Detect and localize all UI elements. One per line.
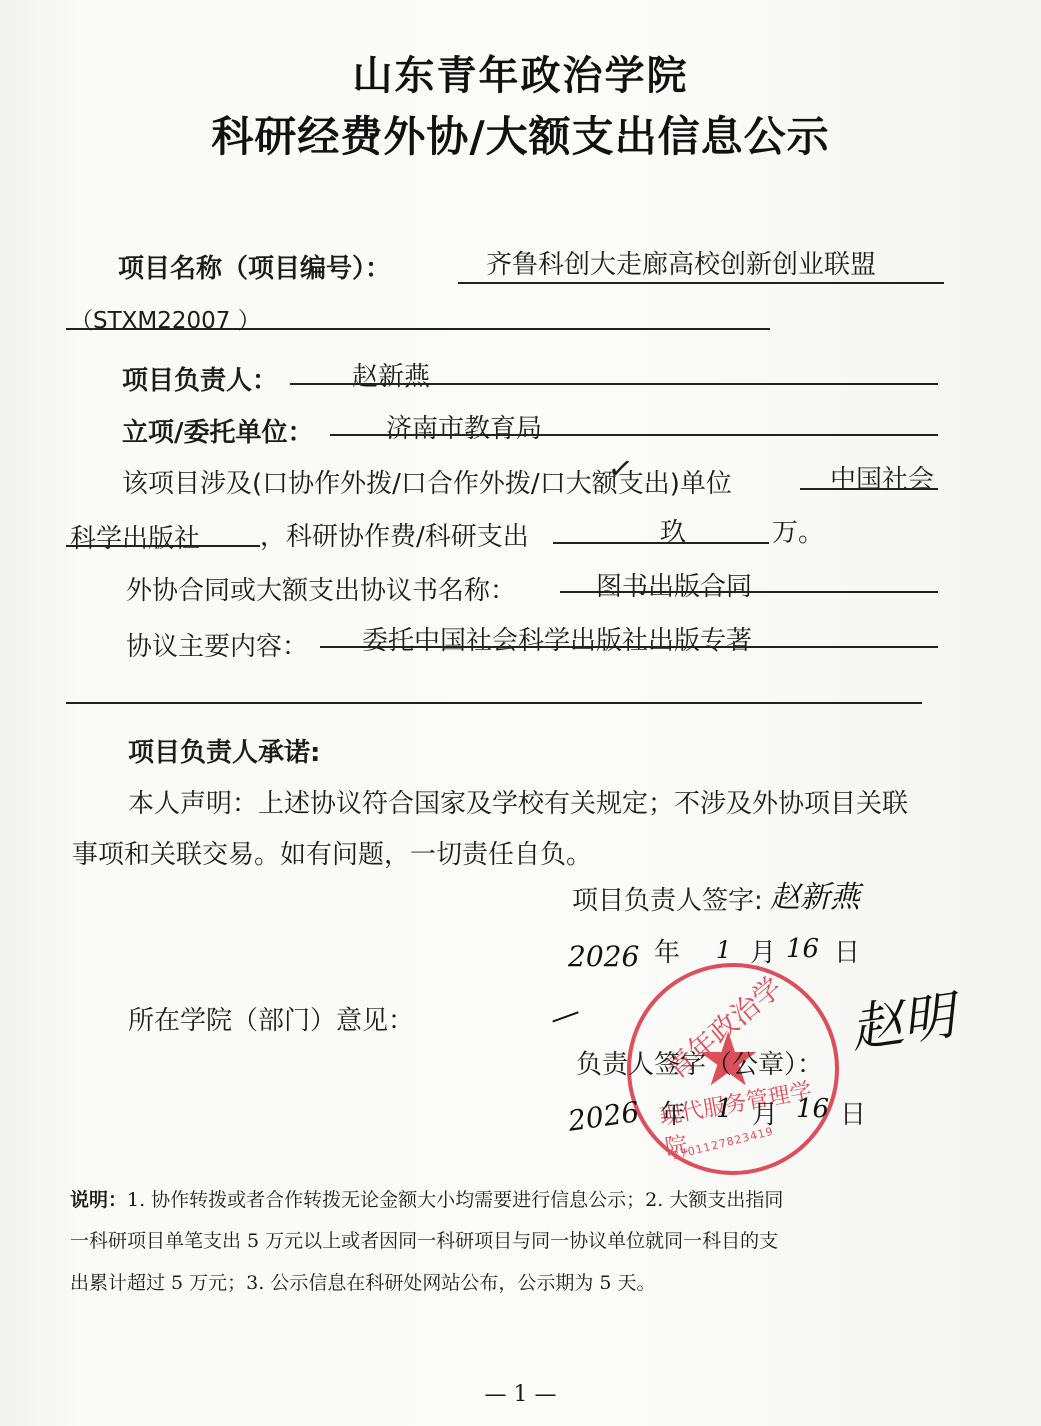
leader-date-day: 16 bbox=[786, 934, 819, 964]
project-leader-underline bbox=[290, 383, 938, 385]
department-signature-label: 负责人签字（公章）： bbox=[576, 1044, 823, 1081]
option-partnership-transfer[interactable]: 口合作外拨/ bbox=[401, 469, 540, 499]
institution-title: 山东青年政治学院 bbox=[0, 44, 1041, 101]
leader-signature-label: 项目负责人签字: bbox=[572, 880, 763, 917]
commissioning-unit-label: 立项/委托单位： bbox=[122, 412, 314, 449]
commitment-text-line1: 本人声明：上述协议符合国家及学校有关规定；不涉及外协项目关联 bbox=[128, 783, 908, 820]
involvement-text: 该项目涉及(口协作外拨/口合作外拨/口大额支出)单位 bbox=[122, 463, 732, 500]
commissioning-unit-underline bbox=[330, 434, 938, 436]
leader-date-year-label: 年 bbox=[654, 932, 680, 969]
unit-underline-2 bbox=[66, 545, 260, 547]
department-date-year: 2026 bbox=[566, 1095, 641, 1138]
department-date-month: 1 bbox=[716, 1094, 733, 1124]
option-cooperation-transfer[interactable]: 口协作外拨/ bbox=[262, 469, 401, 499]
fee-underline bbox=[553, 542, 769, 544]
contract-name-value: 图书出版合同 bbox=[596, 566, 752, 603]
department-date-month-label: 月 bbox=[752, 1094, 778, 1131]
agreement-content-underline-2 bbox=[66, 702, 922, 704]
leader-date-month: 1 bbox=[716, 936, 731, 964]
notes-line1: 说明：1. 协作转拨或者合作转拨无论金额大小均需要进行信息公示；2. 大额支出指… bbox=[70, 1185, 783, 1212]
opinion-dash-mark: — bbox=[545, 994, 585, 1037]
commissioning-unit-value: 济南市教育局 bbox=[386, 408, 542, 445]
department-date-day-label: 日 bbox=[840, 1094, 866, 1131]
checkmark-icon: ✓ bbox=[606, 450, 636, 488]
document-page: 山东青年政治学院 科研经费外协/大额支出信息公示 项目名称（项目编号）： 齐鲁科… bbox=[0, 0, 1041, 1426]
project-name-value: 齐鲁科创大走廊高校创新创业联盟 bbox=[486, 244, 876, 281]
agreement-content-value: 委托中国社会科学出版社出版专著 bbox=[362, 620, 752, 657]
fee-unit: 万。 bbox=[772, 512, 824, 549]
project-code-underline bbox=[66, 328, 770, 330]
contract-name-underline bbox=[560, 591, 938, 593]
project-name-label: 项目名称（项目编号）： bbox=[118, 248, 391, 285]
commitment-text-line2: 事项和关联交易。如有问题，一切责任自负。 bbox=[72, 834, 592, 871]
department-date-day: 16 bbox=[796, 1094, 829, 1124]
unit-label: 单位 bbox=[680, 469, 732, 499]
department-opinion-label: 所在学院（部门）意见： bbox=[128, 1000, 414, 1037]
page-number: — 1 — bbox=[0, 1382, 1041, 1407]
commitment-heading: 项目负责人承诺: bbox=[128, 732, 320, 769]
fee-label: ，科研协作费/科研支出 bbox=[260, 516, 529, 553]
department-date-year-label: 年 bbox=[660, 1094, 686, 1131]
leader-date-day-label: 日 bbox=[834, 932, 860, 969]
leader-date-month-label: 月 bbox=[750, 932, 776, 969]
leader-date-year: 2026 bbox=[568, 940, 639, 973]
involvement-prefix: 该项目涉及( bbox=[122, 469, 262, 499]
project-leader-label: 项目负责人： bbox=[122, 360, 278, 397]
unit-value-line1: 中国社会 bbox=[830, 459, 934, 496]
project-leader-value: 赵新燕 bbox=[352, 356, 430, 393]
notes-line3: 出累计超过 5 万元；3. 公示信息在科研处网站公布，公示期为 5 天。 bbox=[70, 1268, 656, 1295]
unit-value-line2: 科学出版社 bbox=[70, 518, 200, 555]
unit-underline-1 bbox=[800, 488, 938, 490]
notes-text-1: 1. 协作转拨或者合作转拨无论金额大小均需要进行信息公示；2. 大额支出指同 bbox=[127, 1189, 783, 1211]
notes-label: 说明： bbox=[70, 1189, 127, 1211]
notes-line2: 一科研项目单笔支出 5 万元以上或者因同一科研项目与同一协议单位就同一科目的支 bbox=[70, 1226, 778, 1253]
leader-signature: 赵新燕 bbox=[770, 872, 860, 916]
contract-name-label: 外协合同或大额支出协议书名称： bbox=[126, 570, 516, 607]
project-code-value: （STXM22007 ） bbox=[70, 302, 261, 335]
project-name-underline bbox=[458, 282, 944, 284]
agreement-content-label: 协议主要内容： bbox=[126, 626, 308, 663]
form-title: 科研经费外协/大额支出信息公示 bbox=[0, 104, 1041, 164]
department-signature: 赵明 bbox=[845, 973, 958, 1062]
agreement-content-underline bbox=[320, 646, 938, 648]
